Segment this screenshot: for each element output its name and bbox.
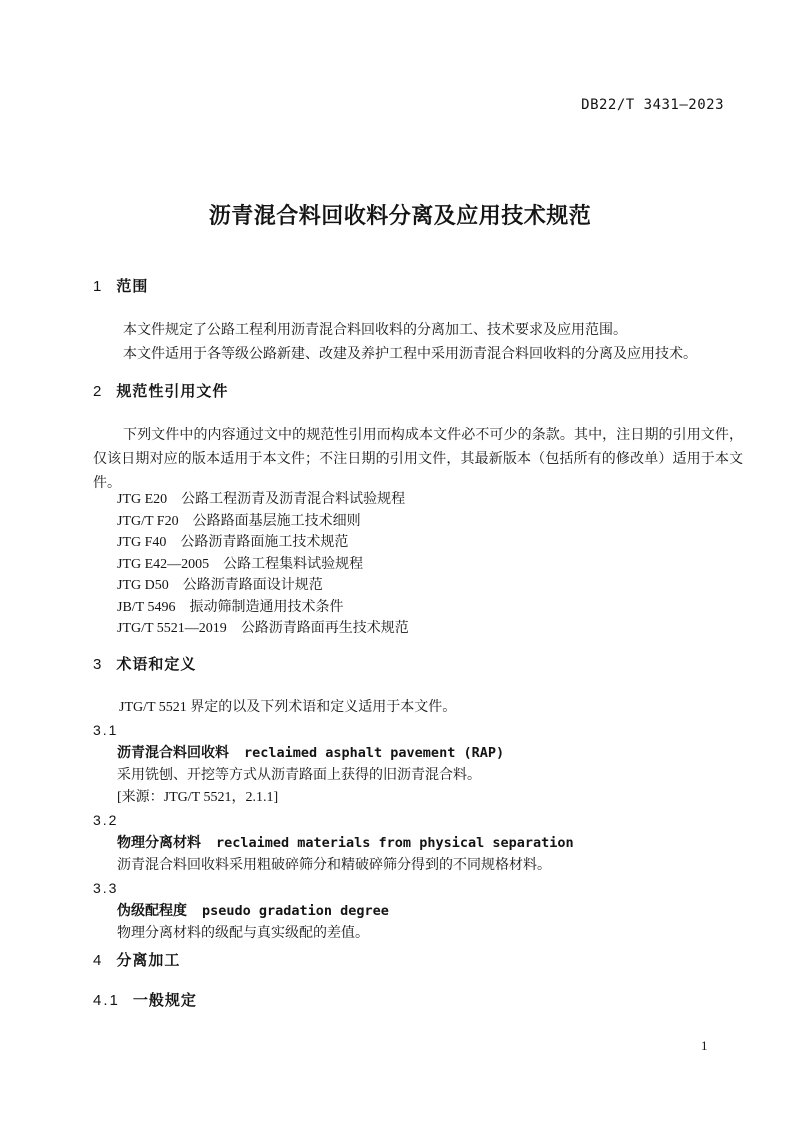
section-3-body: JTG/T 5521 界定的以及下列术语和定义适用于本文件。 [93,697,743,719]
section-4-1-heading: 4.1一般规定 [93,992,197,1010]
term-definition: 物理分离材料的级配与真实级配的差值。 [93,923,743,945]
section-2-title: 规范性引用文件 [116,383,228,400]
reference-item: JTG/T 5521—2019公路沥青路面再生技术规范 [117,618,747,640]
term-number: 3.1 [93,719,743,741]
scope-paragraph-2: 本文件适用于各等级公路新建、改建及养护工程中采用沥青混合料回收料的分离及应用技术… [93,343,743,367]
reference-title: 公路工程沥青及沥青混合料试验规程 [181,492,405,507]
reference-item: JTG D50公路沥青路面设计规范 [117,575,747,597]
term-number: 3.3 [93,877,743,899]
section-3-heading: 3术语和定义 [93,656,196,674]
reference-code: JTG D50 [117,578,169,593]
reference-list: JTG E20公路工程沥青及沥青混合料试验规程 JTG/T F20公路路面基层施… [117,489,747,640]
term-definition: 采用铣刨、开挖等方式从沥青路面上获得的旧沥青混合料。 [93,765,743,787]
section-4-1-title: 一般规定 [133,992,197,1009]
reference-item: JTG/T F20公路路面基层施工技术细则 [117,511,747,533]
section-3-number: 3 [93,656,103,673]
term-zh: 沥青混合料回收料 [117,744,229,760]
term-zh: 伪级配程度 [117,902,187,918]
reference-title: 振动筛制造通用技术条件 [189,600,343,615]
reference-item: JTG F40公路沥青路面施工技术规范 [117,532,747,554]
section-2-heading: 2规范性引用文件 [93,383,228,401]
reference-code: JTG F40 [117,535,166,550]
section-4-heading: 4分离加工 [93,952,180,970]
section-2-number: 2 [93,383,103,400]
section-2-body: 下列文件中的内容通过文中的规范性引用而构成本文件必不可少的条款。其中，注日期的引… [93,424,743,496]
reference-code: JTG E42—2005 [117,557,209,572]
term-title: 物理分离材料reclaimed materials from physical … [93,831,743,855]
section-1-title: 范围 [116,278,148,295]
document-page: DB22/T 3431—2023 沥青混合料回收料分离及应用技术规范 1范围 本… [0,0,800,1132]
term-en: reclaimed materials from physical separa… [216,835,574,851]
term-definition: 沥青混合料回收料采用粗破碎筛分和精破碎筛分得到的不同规格材料。 [93,855,743,877]
document-title: 沥青混合料回收料分离及应用技术规范 [0,199,800,230]
reference-title: 公路沥青路面设计规范 [183,578,323,593]
term-zh: 物理分离材料 [117,834,201,850]
reference-code: JTG/T 5521—2019 [117,621,227,636]
reference-title: 公路路面基层施工技术细则 [193,514,361,529]
standard-number: DB22/T 3431—2023 [581,97,724,113]
reference-title: 公路沥青路面施工技术规范 [180,535,348,550]
term-source: [来源：JTG/T 5521，2.1.1] [93,787,743,809]
normative-references-intro: 下列文件中的内容通过文中的规范性引用而构成本文件必不可少的条款。其中，注日期的引… [93,424,743,496]
terms-list: 3.1 沥青混合料回收料reclaimed asphalt pavement (… [93,719,743,945]
reference-code: JB/T 5496 [117,600,175,615]
term-en: pseudo gradation degree [202,903,389,919]
section-1-heading: 1范围 [93,278,148,296]
reference-code: JTG/T F20 [117,514,179,529]
reference-code: JTG E20 [117,492,167,507]
section-4-1-number: 4.1 [93,992,120,1009]
section-3-title: 术语和定义 [116,656,196,673]
section-1-number: 1 [93,278,103,295]
scope-paragraph-1: 本文件规定了公路工程利用沥青混合料回收料的分离加工、技术要求及应用范围。 [93,319,743,343]
term-title: 沥青混合料回收料reclaimed asphalt pavement (RAP) [93,741,743,765]
terms-intro: JTG/T 5521 界定的以及下列术语和定义适用于本文件。 [93,697,743,719]
reference-title: 公路工程集料试验规程 [223,557,363,572]
section-1-body: 本文件规定了公路工程利用沥青混合料回收料的分离加工、技术要求及应用范围。 本文件… [93,319,743,367]
section-4-number: 4 [93,952,103,969]
term-en: reclaimed asphalt pavement (RAP) [244,745,504,761]
reference-item: JB/T 5496振动筛制造通用技术条件 [117,597,747,619]
reference-item: JTG E42—2005公路工程集料试验规程 [117,554,747,576]
reference-item: JTG E20公路工程沥青及沥青混合料试验规程 [117,489,747,511]
term-number: 3.2 [93,809,743,831]
page-number: 1 [701,1038,708,1054]
reference-title: 公路沥青路面再生技术规范 [241,621,409,636]
section-4-title: 分离加工 [116,952,180,969]
term-title: 伪级配程度pseudo gradation degree [93,899,743,923]
